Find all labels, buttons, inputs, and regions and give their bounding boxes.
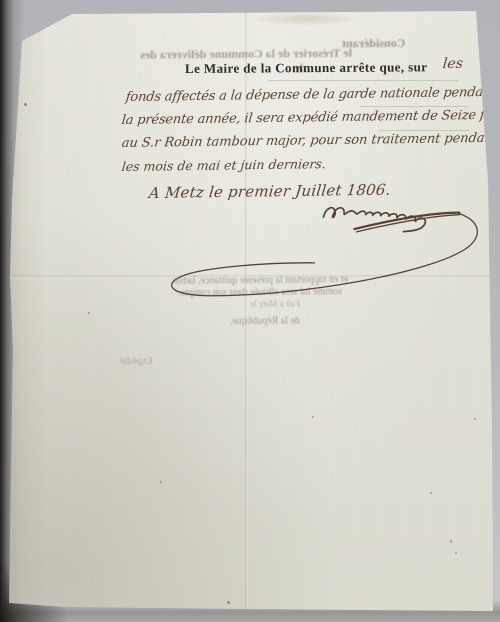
- foxing-speck: [455, 552, 457, 554]
- foxing-speck: [430, 492, 432, 494]
- foxing-speck: [450, 540, 452, 543]
- foxing-speck: [160, 481, 162, 483]
- signature-flourish-icon: [136, 186, 488, 325]
- paper-sheet: Considérant le Trésorier de la Commune d…: [0, 0, 500, 622]
- printed-heading: Le Maire de la Commune arrête que, sur: [185, 59, 465, 77]
- bleedthrough-lower-fragment: Expédié: [120, 356, 153, 367]
- handwritten-line-1: fonds affectés a la dépense de la garde …: [125, 85, 497, 105]
- handwritten-line-2: la présente année, il sera expédié mande…: [121, 107, 500, 128]
- faint-rule: [268, 80, 458, 81]
- photo-of-document: Considérant le Trésorier de la Commune d…: [0, 0, 500, 622]
- handwritten-line-3: au S.r Robin tambour major, pour son tra…: [121, 131, 499, 151]
- foxing-speck: [24, 103, 27, 106]
- paper-stain: [250, 12, 360, 26]
- faint-rule: [360, 106, 468, 107]
- handwritten-word-les: les: [442, 56, 464, 72]
- foxing-speck: [474, 418, 476, 420]
- foxing-speck: [312, 416, 314, 418]
- handwritten-line-4: les mois de mai et juin derniers.: [121, 156, 327, 174]
- foxing-speck: [88, 312, 90, 314]
- foxing-speck: [227, 601, 230, 604]
